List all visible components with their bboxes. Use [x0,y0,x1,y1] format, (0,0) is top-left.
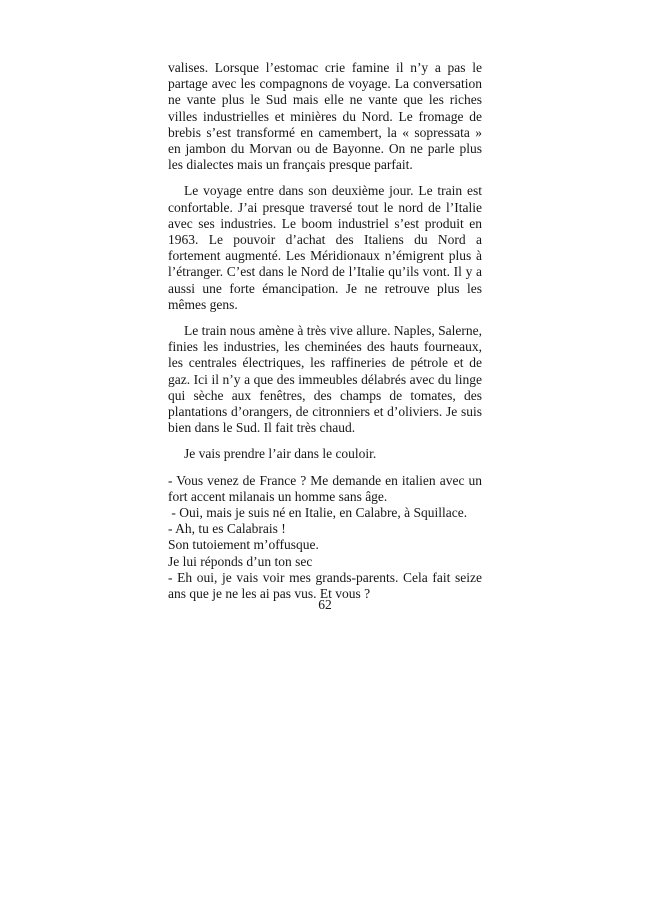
page-text-block: valises. Lorsque l’estomac crie famine i… [168,60,482,602]
dialogue-line-4: Son tutoiement m’offusque. [168,537,482,553]
dialogue-block: - Vous venez de France ? Me demande en i… [168,473,482,603]
paragraph-continuation: valises. Lorsque l’estomac crie famine i… [168,60,482,173]
paragraph-couloir: Je vais prendre l’air dans le couloir. [168,446,482,462]
paragraph-voyage: Le voyage entre dans son deuxième jour. … [168,183,482,313]
paragraph-train: Le train nous amène à très vive allure. … [168,323,482,436]
book-page: valises. Lorsque l’estomac crie famine i… [0,0,650,920]
dialogue-line-1: - Vous venez de France ? Me demande en i… [168,473,482,505]
dialogue-line-3: - Ah, tu es Calabrais ! [168,521,482,537]
dialogue-line-5: Je lui réponds d’un ton sec [168,554,482,570]
dialogue-line-2: - Oui, mais je suis né en Italie, en Cal… [168,505,482,521]
page-number: 62 [168,597,482,613]
